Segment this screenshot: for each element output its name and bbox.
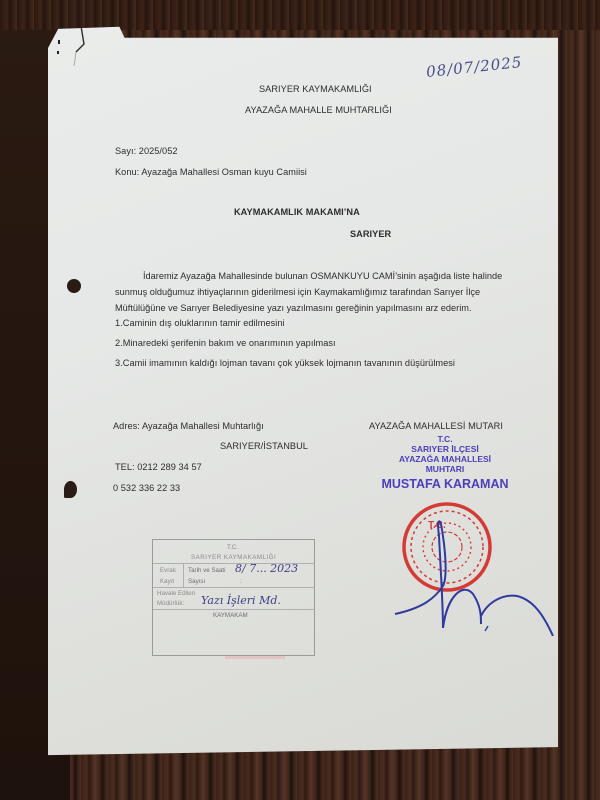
header-line2: AYAZAĞA MAHALLE MUHTARLIĞI xyxy=(245,105,392,115)
list-item: 2.Minaredeki şerifenin bakım ve onarımın… xyxy=(115,338,336,348)
subject: Konu: Ayazağa Mahallesi Osman kuyu Camii… xyxy=(115,167,307,177)
stamp-line: MUHTARI xyxy=(380,464,510,474)
desk-background-top xyxy=(0,0,600,30)
signature-icon xyxy=(393,516,563,636)
kayit-label: Kayıt xyxy=(160,578,174,585)
address-line: Adres: Ayazağa Mahallesi Muhtarlığı xyxy=(113,421,264,431)
handwritten-date: 08/07/2025 xyxy=(425,53,523,81)
addressee-line2: SARIYER xyxy=(350,229,391,239)
addressee-line1: KAYMAKAMLIK MAKAMI’NA xyxy=(234,207,360,217)
header-line1: SARIYER KAYMAKAMLIĞI xyxy=(259,84,372,94)
list-item: 3.Camii imamının kaldığı lojman tavanı ç… xyxy=(115,358,455,368)
phone: TEL: 0212 289 34 57 xyxy=(115,462,202,472)
tarih-label: Tarih ve Saati xyxy=(188,567,226,574)
address-city: SARIYER/İSTANBUL xyxy=(220,441,308,451)
stamp-line: T.C. xyxy=(380,434,510,444)
signatory-title: AYAZAĞA MAHALLESİ MUTARI xyxy=(369,421,503,431)
stamp-line: AYAZAĞA MAHALLESİ xyxy=(380,454,510,464)
punch-hole-torn xyxy=(64,481,77,498)
reference-number: Sayı: 2025/052 xyxy=(115,146,178,156)
tarih-value: 8/ 7... 2023 xyxy=(235,562,298,575)
document-page: 08/07/2025 SARIYER KAYMAKAMLIĞI AYAZAĞA … xyxy=(48,26,558,758)
sayisi-separator: : xyxy=(240,578,242,585)
receipt-stamp-title: SARIYER KAYMAKAMLIĞI xyxy=(191,554,276,561)
kaymakam-label: KAYMAKAM xyxy=(213,612,248,619)
stamp-line: SARIYER İLÇESİ xyxy=(380,444,510,454)
list-item: 1.Caminin dış oluklarının tamir edilmesi… xyxy=(115,318,285,328)
ink-mark xyxy=(225,656,285,659)
mobile-phone: 0 532 336 22 33 xyxy=(113,483,180,493)
receipt-stamp: T.C. SARIYER KAYMAKAMLIĞI Evrak Kayıt Ta… xyxy=(152,539,315,656)
folded-corner xyxy=(48,26,128,76)
muhtar-name-stamp: T.C. SARIYER İLÇESİ AYAZAĞA MAHALLESİ MU… xyxy=(380,434,510,492)
body-paragraph: İdaremiz Ayazağa Mahallesinde bulunan OS… xyxy=(115,268,515,316)
punch-hole xyxy=(67,279,81,293)
stamp-name: MUSTAFA KARAMAN xyxy=(380,476,510,492)
sayisi-label: Sayısı xyxy=(188,578,205,585)
evrak-label: Evrak xyxy=(160,567,176,574)
